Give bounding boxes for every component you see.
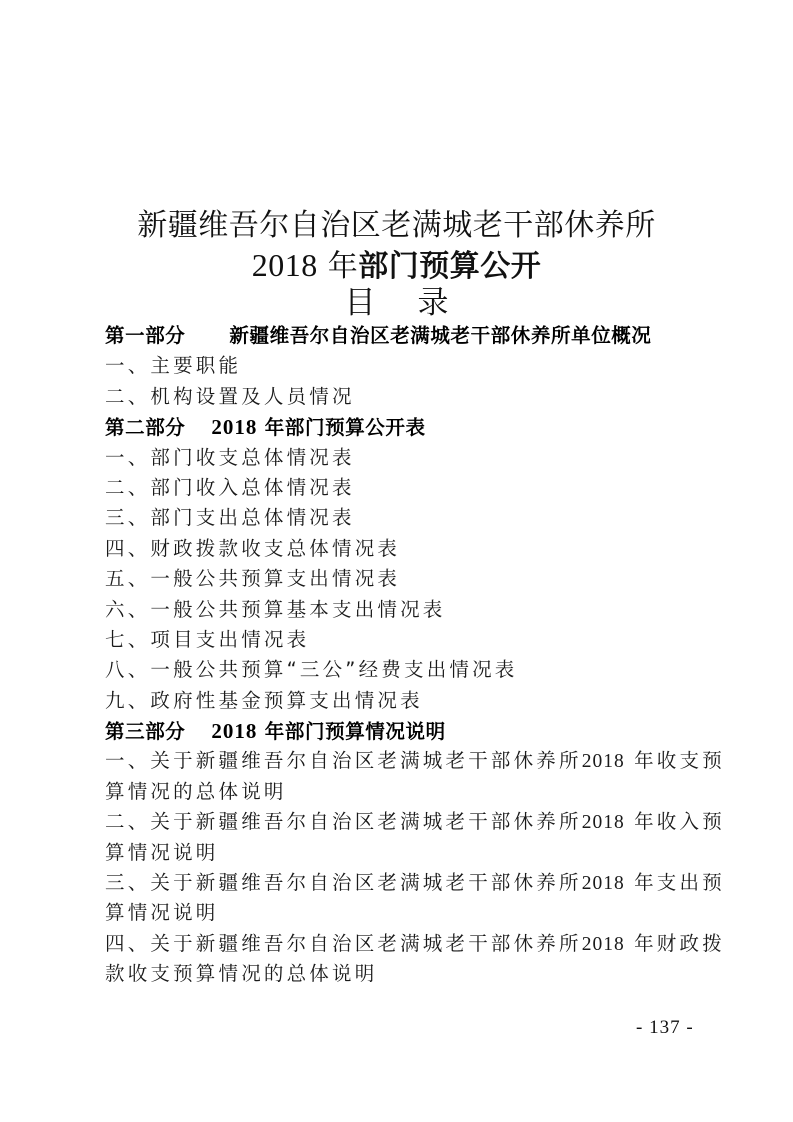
toc-item[interactable]: 四、财政拨款收支总体情况表 — [105, 534, 705, 564]
toc-item-year: 2018 — [582, 812, 625, 833]
table-of-contents: 第一部分新疆维吾尔自治区老满城老干部休养所单位概况 一、主要职能 二、机构设置及… — [105, 321, 705, 990]
toc-item-continuation[interactable]: 算情况说明 — [105, 898, 705, 928]
toc-item[interactable]: 八、一般公共预算“三公”经费支出情况表 — [105, 655, 705, 685]
toc-section-part3[interactable]: 第三部分2018 年部门预算情况说明 — [105, 716, 705, 746]
title-year-suffix: 年 — [328, 249, 359, 284]
toc-item[interactable]: 七、项目支出情况表 — [105, 625, 705, 655]
toc-item-continuation[interactable]: 款收支预算情况的总体说明 — [105, 959, 705, 989]
toc-item[interactable]: 三、关于新疆维吾尔自治区老满城老干部休养所2018 年支出预 — [105, 868, 705, 898]
toc-section-part2[interactable]: 第二部分2018 年部门预算公开表 — [105, 412, 705, 442]
section-year: 2018 — [211, 719, 257, 743]
title-budget-disclosure: 部门预算公开 — [358, 249, 541, 284]
toc-item-text: 一、关于新疆维吾尔自治区老满城老干部休养所 — [105, 749, 582, 772]
toc-item-continuation[interactable]: 算情况的总体说明 — [105, 777, 705, 807]
toc-item-text: 年财政拨 — [634, 932, 725, 955]
toc-item-continuation[interactable]: 算情况说明 — [105, 838, 705, 868]
toc-item[interactable]: 四、关于新疆维吾尔自治区老满城老干部休养所2018 年财政拨 — [105, 929, 705, 959]
toc-item-text: 年收支预 — [634, 749, 725, 772]
toc-item[interactable]: 一、部门收支总体情况表 — [105, 443, 705, 473]
toc-item-year: 2018 — [582, 934, 625, 955]
toc-item-text: 三、关于新疆维吾尔自治区老满城老干部休养所 — [105, 871, 582, 894]
section-title: 年部门预算情况说明 — [265, 720, 446, 743]
toc-item-text: 年支出预 — [634, 871, 725, 894]
toc-item[interactable]: 二、关于新疆维吾尔自治区老满城老干部休养所2018 年收入预 — [105, 807, 705, 837]
section-title: 年部门预算公开表 — [265, 416, 426, 439]
toc-item[interactable]: 六、一般公共预算基本支出情况表 — [105, 595, 705, 625]
title-year: 2018 — [252, 247, 318, 283]
toc-item-text: 四、关于新疆维吾尔自治区老满城老干部休养所 — [105, 932, 582, 955]
toc-item[interactable]: 九、政府性基金预算支出情况表 — [105, 686, 705, 716]
toc-item[interactable]: 一、主要职能 — [105, 351, 705, 381]
document-title-line2: 2018 年部门预算公开 — [0, 247, 793, 285]
toc-heading: 目录 — [0, 285, 793, 321]
section-title: 新疆维吾尔自治区老满城老干部休养所单位概况 — [229, 324, 651, 347]
toc-item-text: 二、关于新疆维吾尔自治区老满城老干部休养所 — [105, 810, 582, 833]
section-label: 第三部分 — [105, 720, 185, 743]
toc-item[interactable]: 一、关于新疆维吾尔自治区老满城老干部休养所2018 年收支预 — [105, 746, 705, 776]
toc-item[interactable]: 二、机构设置及人员情况 — [105, 382, 705, 412]
toc-section-part1[interactable]: 第一部分新疆维吾尔自治区老满城老干部休养所单位概况 — [105, 321, 705, 351]
section-label: 第一部分 — [105, 324, 185, 347]
page-number: - 137 - — [636, 1017, 694, 1039]
toc-item[interactable]: 三、部门支出总体情况表 — [105, 503, 705, 533]
toc-item[interactable]: 二、部门收入总体情况表 — [105, 473, 705, 503]
toc-heading-left: 目 — [345, 285, 376, 321]
section-label: 第二部分 — [105, 416, 185, 439]
toc-item-year: 2018 — [582, 873, 625, 894]
section-year: 2018 — [211, 415, 257, 439]
toc-item[interactable]: 五、一般公共预算支出情况表 — [105, 564, 705, 594]
document-page: 新疆维吾尔自治区老满城老干部休养所 2018 年部门预算公开 目录 第一部分新疆… — [0, 0, 793, 1122]
toc-heading-right: 录 — [418, 285, 449, 321]
toc-item-year: 2018 — [582, 751, 625, 772]
toc-item-text: 年收入预 — [634, 810, 725, 833]
document-title-line1: 新疆维吾尔自治区老满城老干部休养所 — [0, 208, 793, 244]
